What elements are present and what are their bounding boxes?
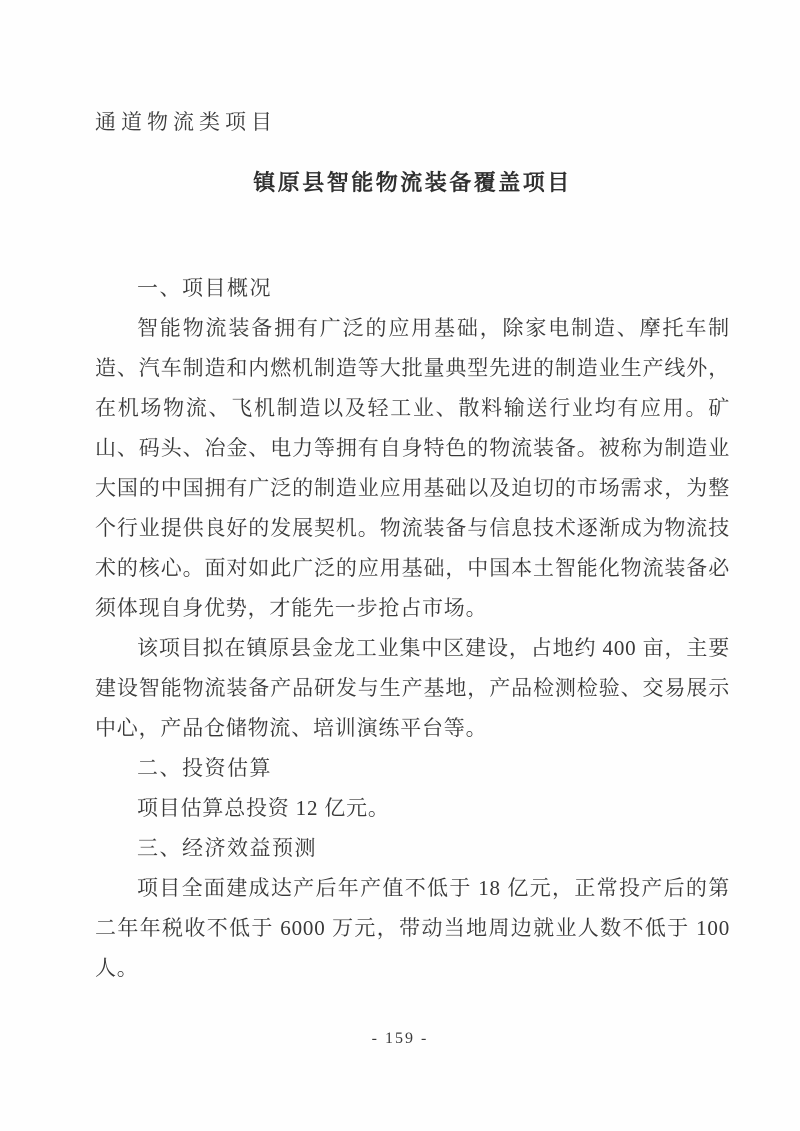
paragraph-overview-1: 智能物流装备拥有广泛的应用基础，除家电制造、摩托车制造、汽车制造和内燃机制造等大… <box>95 308 730 628</box>
paragraph-overview-2: 该项目拟在镇原县金龙工业集中区建设，占地约 400 亩，主要建设智能物流装备产品… <box>95 628 730 748</box>
paragraph-investment: 项目估算总投资 12 亿元。 <box>95 788 730 828</box>
paragraph-economic-forecast: 项目全面建成达产后年产值不低于 18 亿元，正常投产后的第二年年税收不低于 60… <box>95 868 730 988</box>
document-page: 通道物流类项目 镇原县智能物流装备覆盖项目 一、项目概况 智能物流装备拥有广泛的… <box>0 0 800 1131</box>
category-label: 通道物流类项目 <box>95 106 730 138</box>
document-body: 一、项目概况 智能物流装备拥有广泛的应用基础，除家电制造、摩托车制造、汽车制造和… <box>95 268 730 988</box>
section-heading-investment: 二、投资估算 <box>95 748 730 788</box>
page-number: - 159 - <box>0 1028 800 1050</box>
section-heading-overview: 一、项目概况 <box>95 268 730 308</box>
section-heading-economic-forecast: 三、经济效益预测 <box>95 828 730 868</box>
document-title: 镇原县智能物流装备覆盖项目 <box>95 166 730 200</box>
